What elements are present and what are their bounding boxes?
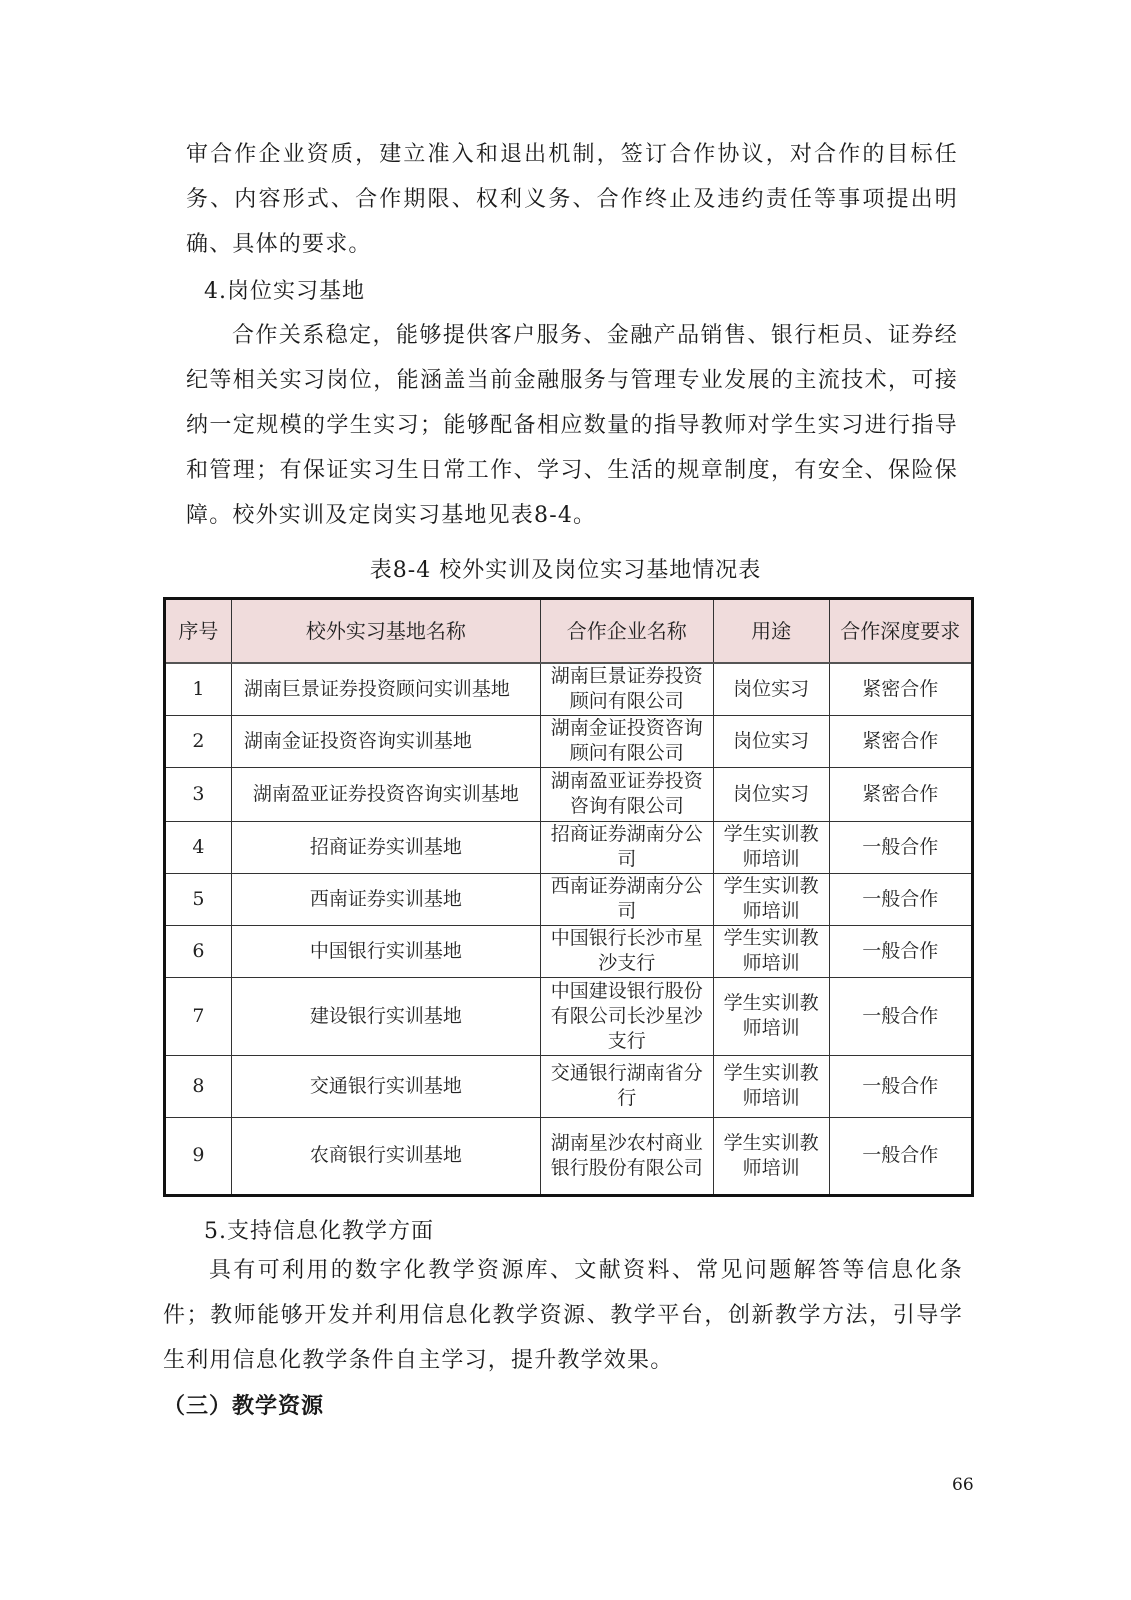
section-4-heading: 4.岗位实习基地 xyxy=(204,277,365,307)
cell-base-name: 农商银行实训基地 xyxy=(231,1117,540,1195)
table-row: 4 招商证券实训基地 招商证券湖南分公司 学生实训教师培训 一般合作 xyxy=(165,821,973,873)
cell-use: 岗位实习 xyxy=(713,767,829,821)
cell-company: 中国建设银行股份有限公司长沙星沙支行 xyxy=(540,977,713,1055)
column-header-base-name: 校外实习基地名称 xyxy=(231,599,540,664)
page-number: 66 xyxy=(952,1475,974,1495)
cell-no: 1 xyxy=(165,663,232,715)
cell-no: 6 xyxy=(165,925,232,977)
section-three-heading: （三）教学资源 xyxy=(163,1392,324,1422)
cell-depth: 紧密合作 xyxy=(829,715,972,767)
cell-no: 3 xyxy=(165,767,232,821)
cell-base-name: 中国银行实训基地 xyxy=(231,925,540,977)
table-row: 8 交通银行实训基地 交通银行湖南省分行 学生实训教师培训 一般合作 xyxy=(165,1055,973,1117)
column-header-depth: 合作深度要求 xyxy=(829,599,972,664)
cell-base-name: 西南证券实训基地 xyxy=(231,873,540,925)
cell-company: 湖南星沙农村商业银行股份有限公司 xyxy=(540,1117,713,1195)
internship-base-table: 序号 校外实习基地名称 合作企业名称 用途 合作深度要求 1 湖南巨景证券投资顾… xyxy=(163,597,974,1197)
cell-no: 9 xyxy=(165,1117,232,1195)
cell-company: 湖南金证投资咨询顾问有限公司 xyxy=(540,715,713,767)
cell-company: 中国银行长沙市星沙支行 xyxy=(540,925,713,977)
cell-company: 招商证券湖南分公司 xyxy=(540,821,713,873)
column-header-use: 用途 xyxy=(713,599,829,664)
cell-base-name: 湖南金证投资咨询实训基地 xyxy=(231,715,540,767)
table-caption: 表8-4 校外实训及岗位实习基地情况表 xyxy=(0,553,1131,584)
cell-base-name: 湖南盈亚证券投资咨询实训基地 xyxy=(231,767,540,821)
cell-depth: 一般合作 xyxy=(829,1117,972,1195)
section-4-paragraph: 合作关系稳定，能够提供客户服务、金融产品销售、银行柜员、证券经纪等相关实习岗位，… xyxy=(186,313,958,538)
table-row: 9 农商银行实训基地 湖南星沙农村商业银行股份有限公司 学生实训教师培训 一般合… xyxy=(165,1117,973,1195)
table-row: 5 西南证券实训基地 西南证券湖南分公司 学生实训教师培训 一般合作 xyxy=(165,873,973,925)
cell-no: 5 xyxy=(165,873,232,925)
intro-paragraph: 审合作企业资质，建立准入和退出机制，签订合作协议，对合作的目标任务、内容形式、合… xyxy=(186,132,958,267)
cell-depth: 紧密合作 xyxy=(829,663,972,715)
cell-use: 学生实训教师培训 xyxy=(713,1117,829,1195)
cell-base-name: 建设银行实训基地 xyxy=(231,977,540,1055)
cell-no: 7 xyxy=(165,977,232,1055)
cell-no: 4 xyxy=(165,821,232,873)
cell-company: 交通银行湖南省分行 xyxy=(540,1055,713,1117)
cell-use: 学生实训教师培训 xyxy=(713,873,829,925)
cell-use: 学生实训教师培训 xyxy=(713,821,829,873)
cell-use: 岗位实习 xyxy=(713,663,829,715)
cell-base-name: 湖南巨景证券投资顾问实训基地 xyxy=(231,663,540,715)
cell-base-name: 招商证券实训基地 xyxy=(231,821,540,873)
cell-base-name: 交通银行实训基地 xyxy=(231,1055,540,1117)
cell-depth: 紧密合作 xyxy=(829,767,972,821)
table-row: 3 湖南盈亚证券投资咨询实训基地 湖南盈亚证券投资咨询有限公司 岗位实习 紧密合… xyxy=(165,767,973,821)
cell-depth: 一般合作 xyxy=(829,1055,972,1117)
cell-depth: 一般合作 xyxy=(829,925,972,977)
cell-use: 学生实训教师培训 xyxy=(713,925,829,977)
cell-company: 湖南盈亚证券投资咨询有限公司 xyxy=(540,767,713,821)
cell-use: 岗位实习 xyxy=(713,715,829,767)
cell-depth: 一般合作 xyxy=(829,821,972,873)
cell-no: 8 xyxy=(165,1055,232,1117)
cell-company: 西南证券湖南分公司 xyxy=(540,873,713,925)
cell-use: 学生实训教师培训 xyxy=(713,977,829,1055)
table-row: 7 建设银行实训基地 中国建设银行股份有限公司长沙星沙支行 学生实训教师培训 一… xyxy=(165,977,973,1055)
cell-use: 学生实训教师培训 xyxy=(713,1055,829,1117)
cell-depth: 一般合作 xyxy=(829,873,972,925)
cell-company: 湖南巨景证券投资顾问有限公司 xyxy=(540,663,713,715)
cell-depth: 一般合作 xyxy=(829,977,972,1055)
table-header-row: 序号 校外实习基地名称 合作企业名称 用途 合作深度要求 xyxy=(165,599,973,664)
column-header-company: 合作企业名称 xyxy=(540,599,713,664)
table-row: 1 湖南巨景证券投资顾问实训基地 湖南巨景证券投资顾问有限公司 岗位实习 紧密合… xyxy=(165,663,973,715)
cell-no: 2 xyxy=(165,715,232,767)
table-row: 2 湖南金证投资咨询实训基地 湖南金证投资咨询顾问有限公司 岗位实习 紧密合作 xyxy=(165,715,973,767)
column-header-no: 序号 xyxy=(165,599,232,664)
section-5-paragraph: 具有可利用的数字化教学资源库、文献资料、常见问题解答等信息化条件；教师能够开发并… xyxy=(163,1248,963,1383)
section-5-heading: 5.支持信息化教学方面 xyxy=(204,1217,434,1247)
table-row: 6 中国银行实训基地 中国银行长沙市星沙支行 学生实训教师培训 一般合作 xyxy=(165,925,973,977)
